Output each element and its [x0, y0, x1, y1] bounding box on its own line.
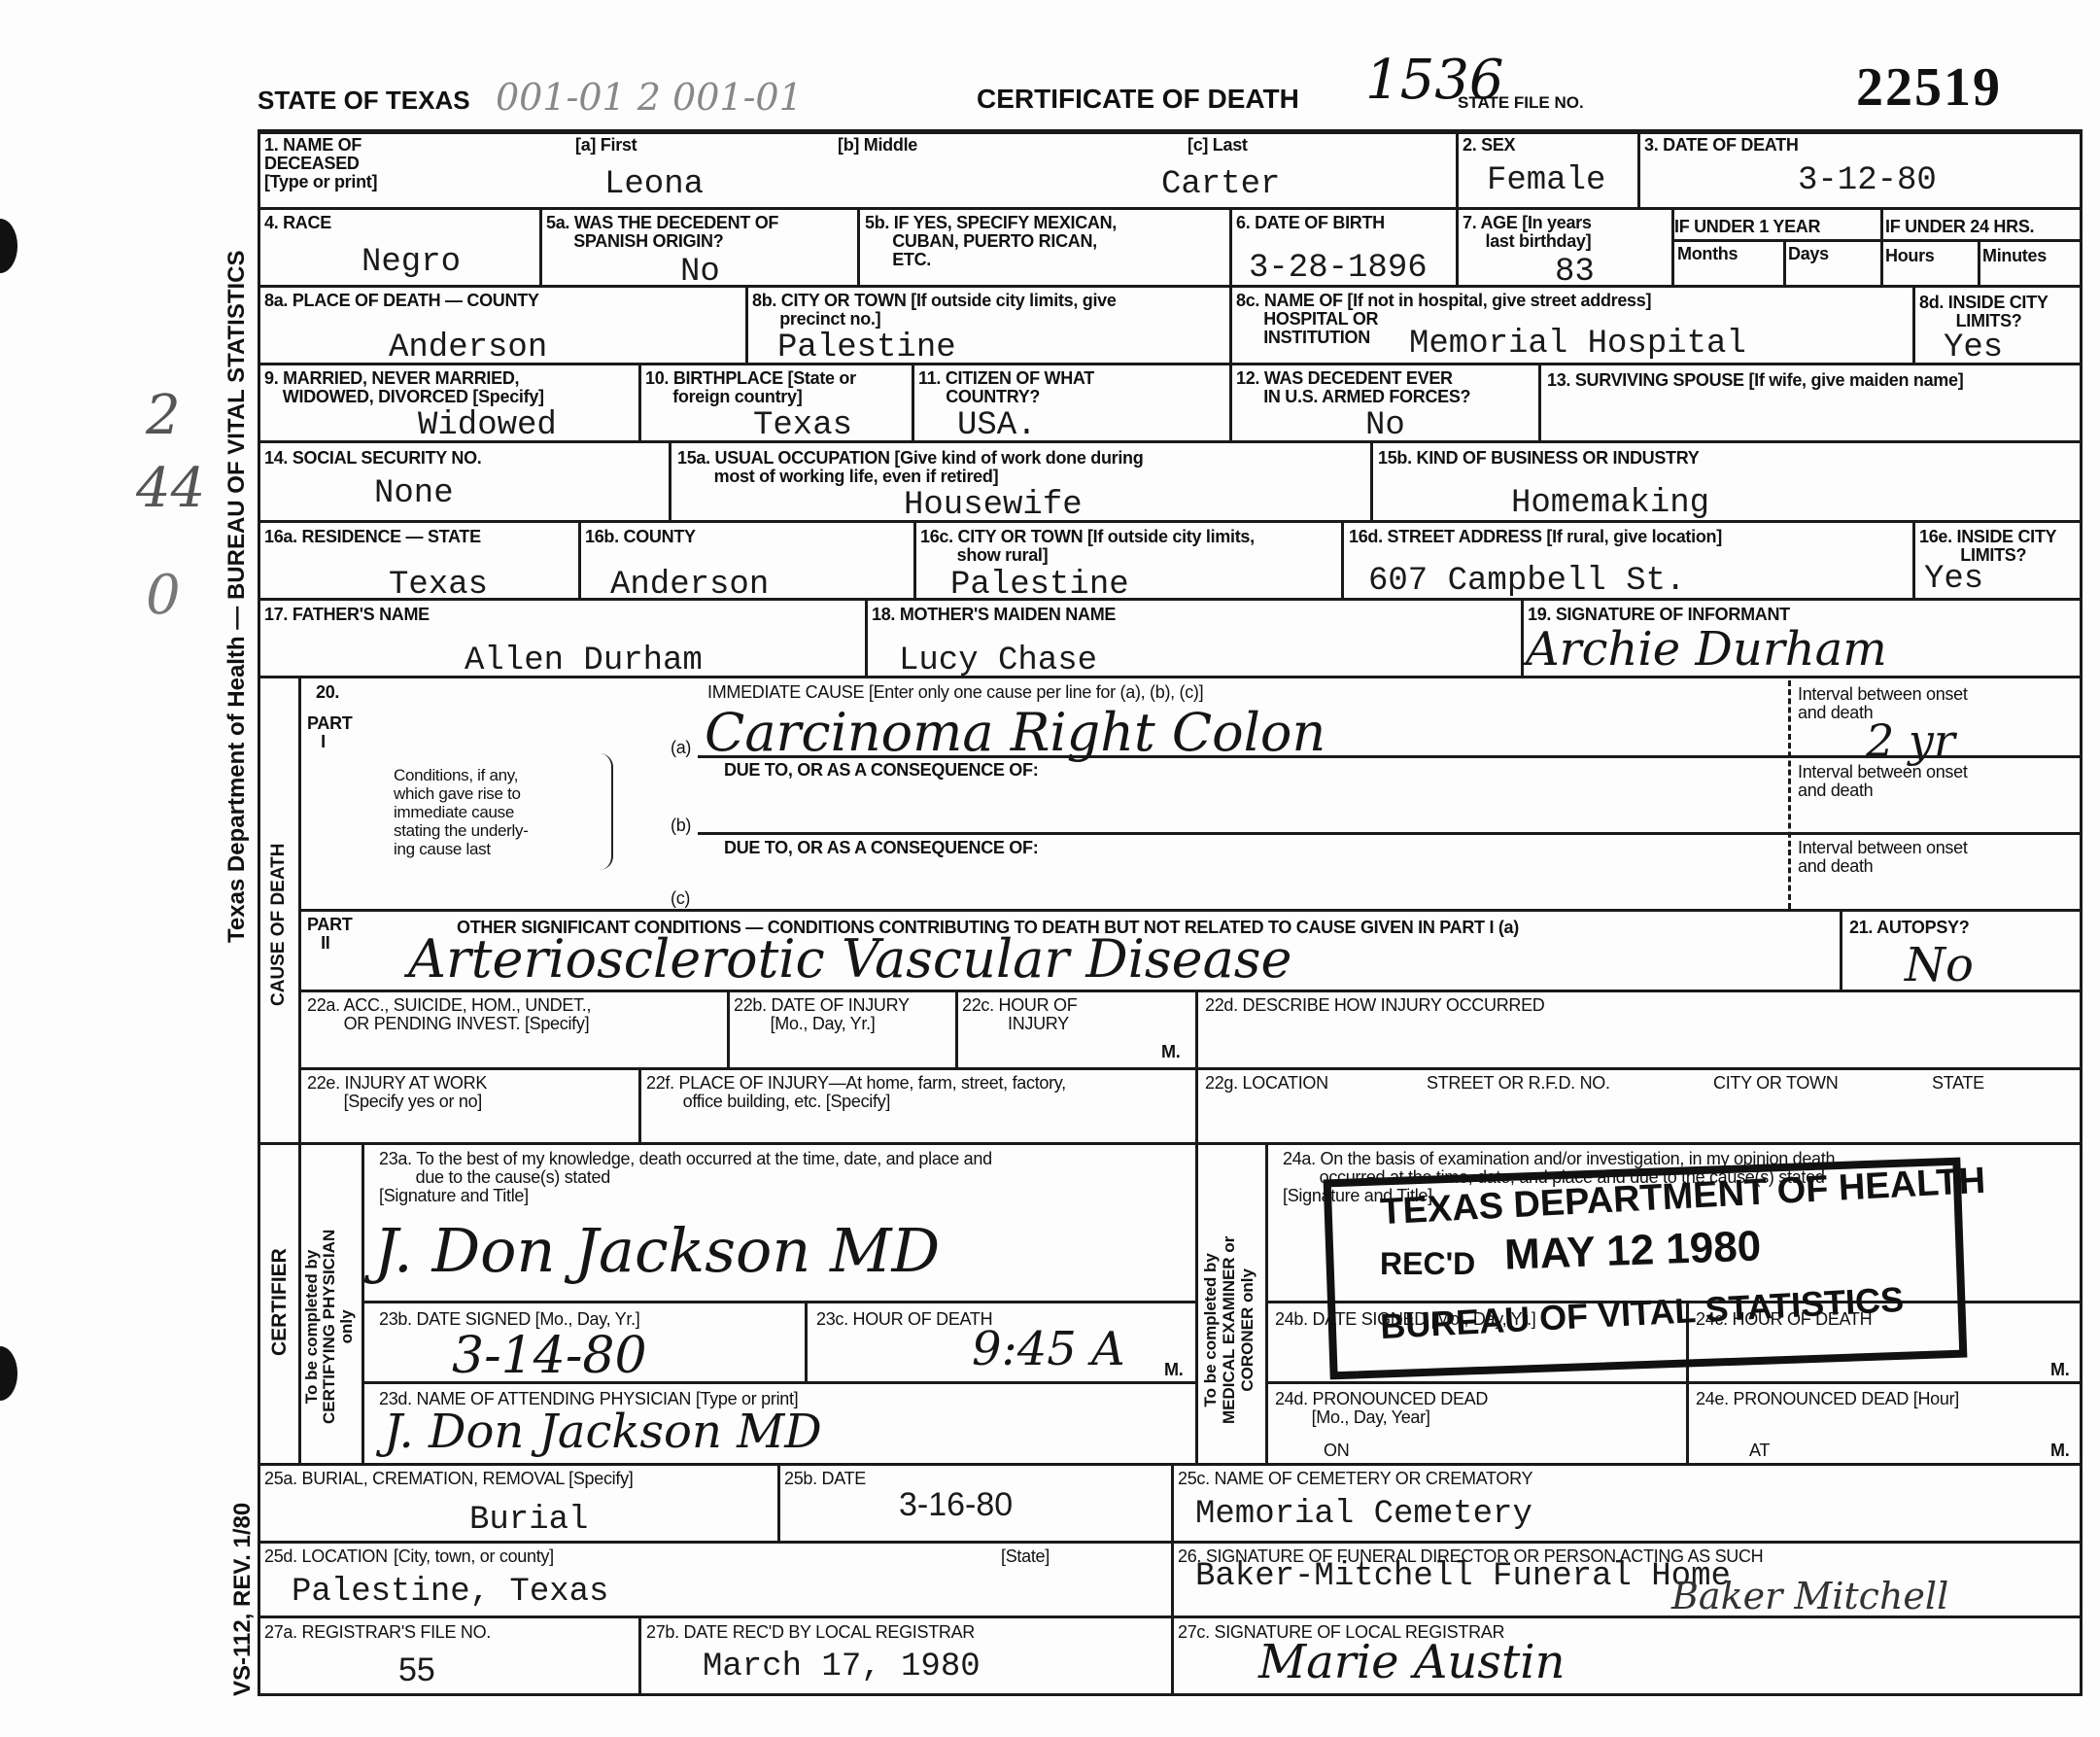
f22g-label: 22g. LOCATION [1205, 1074, 1328, 1093]
date-of-death-value: 3-12-80 [1798, 163, 1937, 198]
f22d-label: 22d. DESCRIBE HOW INJURY OCCURRED [1205, 996, 1545, 1015]
col-divider [638, 1615, 641, 1695]
date-of-birth-value: 3-28-1896 [1249, 251, 1428, 286]
f8b-label: 8b. CITY OR TOWN [If outside city limits… [752, 292, 1117, 329]
f8a-label: 8a. PLACE OF DEATH — COUNTY [264, 292, 539, 310]
f21-label: 21. AUTOPSY? [1849, 919, 1969, 937]
f22c-label: 22c. HOUR OF INJURY [962, 996, 1077, 1033]
certifier-section-label: CERTIFIER [268, 1248, 292, 1356]
row-divider [258, 1463, 2083, 1466]
punch-hole-top [0, 219, 17, 273]
f17-label: 17. FATHER'S NAME [264, 606, 430, 624]
header-state: STATE OF TEXAS [258, 86, 470, 116]
interval-b-label: Interval between onset and death [1798, 763, 1968, 800]
col-divider [1195, 990, 1198, 1142]
f11-label: 11. CITIZEN OF WHAT COUNTRY? [918, 369, 1094, 406]
res-state-value: Texas [389, 568, 488, 603]
marital-status-value: Widowed [418, 408, 557, 443]
f24d-label: 24d. PRONOUNCED DEAD [Mo., Day, Year] [1275, 1390, 1488, 1427]
frame-bottom [258, 1693, 2083, 1696]
under24-hours: Hours [1885, 247, 1935, 265]
f4-label: 4. RACE [264, 214, 331, 232]
conditions-note: Conditions, if any, which gave rise to i… [394, 766, 529, 858]
due-to-b: DUE TO, OR AS A CONSEQUENCE OF: [724, 839, 1038, 857]
under1-days: Days [1788, 245, 1829, 263]
attending-physician-value: J. Don Jackson MD [384, 1405, 822, 1459]
interval-divider [1788, 680, 1791, 909]
registrar-file-no-value: 55 [398, 1652, 435, 1687]
f12-label: 12. WAS DECEDENT EVER IN U.S. ARMED FORC… [1236, 369, 1470, 406]
f27a-label: 27a. REGISTRAR'S FILE NO. [264, 1623, 491, 1642]
f6-label: 6. DATE OF BIRTH [1236, 214, 1385, 232]
section-divider [1195, 1142, 1198, 1463]
funeral-home-value: Baker-Mitchell Funeral Home [1195, 1559, 1731, 1594]
line-c-label: (c) [671, 889, 690, 908]
f22g-street: STREET OR R.F.D. NO. [1427, 1074, 1610, 1093]
col-divider [1229, 207, 1232, 287]
f23a-label: 23a. To the best of my knowledge, death … [379, 1150, 992, 1205]
col-divider [1912, 520, 1915, 600]
col-divider [857, 207, 860, 287]
age-value: 83 [1555, 255, 1595, 290]
agency-side-text: Texas Department of Health — BUREAU OF V… [224, 250, 251, 943]
col-divider [727, 990, 730, 1069]
res-county-value: Anderson [610, 568, 769, 603]
col-divider [1521, 598, 1524, 677]
f16b-label: 16b. COUNTY [585, 528, 696, 546]
col-divider [1456, 207, 1459, 287]
row-divider [298, 909, 2083, 912]
under24-minutes: Minutes [1982, 247, 2047, 265]
f24c-suffix: M. [2050, 1361, 2069, 1379]
hour-of-death-value: 9:45 A [972, 1322, 1125, 1376]
f5a-label: 5a. WAS THE DECEDENT OF SPANISH ORIGIN? [546, 214, 778, 251]
under24-label: IF UNDER 24 HRS. [1885, 218, 2034, 236]
f1b-label: [b] Middle [838, 136, 917, 155]
cause-a-value: Carcinoma Right Colon [705, 702, 1325, 763]
f25d-label: 25d. LOCATION [264, 1547, 388, 1566]
frame-top [258, 129, 2083, 134]
margin-note-3: 0 [146, 564, 181, 627]
col-divider [638, 1067, 641, 1142]
f2-label: 2. SEX [1463, 136, 1515, 155]
col-divider [1637, 129, 1640, 209]
line-b-label: (b) [671, 816, 691, 835]
f16d-label: 16d. STREET ADDRESS [If rural, give loca… [1349, 528, 1722, 546]
row-divider [258, 520, 2083, 523]
f13-label: 13. SURVIVING SPOUSE [If wife, give maid… [1547, 371, 1963, 390]
row-divider [1265, 1381, 2083, 1384]
first-name-value: Leona [604, 167, 704, 202]
interval-b-line [1788, 832, 2083, 835]
part2-label: PART II [307, 916, 352, 953]
punch-hole-bottom [0, 1346, 17, 1401]
conditions-brace [600, 753, 613, 870]
col-divider [913, 520, 916, 600]
f24d-on: ON [1324, 1442, 1349, 1460]
col-divider [1912, 285, 1915, 365]
row-divider [361, 1301, 1195, 1303]
death-county-value: Anderson [389, 330, 547, 365]
citizenship-value: USA. [957, 408, 1037, 443]
res-inside-city-value: Yes [1924, 562, 1983, 597]
col-divider [1229, 363, 1232, 442]
medical-examiner-note: To be completed by MEDICAL EXAMINER or C… [1201, 1236, 1257, 1424]
date-signed-value: 3-14-80 [452, 1327, 647, 1385]
row-divider [258, 598, 2083, 601]
f16c-label: 16c. CITY OR TOWN [If outside city limit… [920, 528, 1255, 565]
col-divider [865, 598, 868, 677]
f7-label: 7. AGE [In years last birthday] [1463, 214, 1592, 251]
f25d-city-label: [City, town, or county] [394, 1547, 554, 1566]
col-divider [578, 520, 581, 600]
col-divider [1229, 285, 1232, 365]
res-city-value: Palestine [950, 568, 1129, 603]
f15a-label: 15a. USUAL OCCUPATION [Give kind of work… [677, 449, 1143, 486]
header-handwritten-code: 001-01 2 001-01 [496, 76, 803, 119]
f24e-at: AT [1749, 1442, 1770, 1460]
f16e-label: 16e. INSIDE CITY LIMITS? [1919, 528, 2056, 565]
under1-label: IF UNDER 1 YEAR [1674, 218, 1820, 236]
physician-signature: J. Don Jackson MD [374, 1215, 940, 1286]
col-divider [669, 440, 671, 522]
f22b-label: 22b. DATE OF INJURY [Mo., Day, Yr.] [734, 996, 910, 1033]
col-divider [1538, 363, 1541, 442]
ssn-value: None [374, 476, 454, 511]
f25d-state-label: [State] [1001, 1547, 1050, 1566]
immediate-cause-label: IMMEDIATE CAUSE [Enter only one cause pe… [707, 683, 1203, 702]
row-divider [258, 1142, 2083, 1145]
sub-divider [1671, 239, 2080, 242]
form-id: VS-112, REV. 1/80 [229, 1503, 257, 1696]
location-value: Palestine, Texas [292, 1575, 608, 1610]
row-divider [258, 207, 2083, 210]
death-inside-city-value: Yes [1944, 330, 2003, 365]
cemetery-value: Memorial Cemetery [1195, 1497, 1532, 1532]
col-divider [1880, 207, 1883, 287]
f1-label: 1. NAME OF DECEASED [Type or print] [264, 136, 377, 191]
f1a-label: [a] First [575, 136, 637, 155]
f1c-label: [c] Last [1188, 136, 1248, 155]
interval-a-line [1788, 755, 2083, 758]
row-divider [298, 990, 2083, 992]
col-divider [777, 1463, 780, 1543]
col-divider [745, 285, 748, 365]
col-divider [1456, 129, 1459, 209]
f22a-label: 22a. ACC., SUICIDE, HOM., UNDET., OR PEN… [307, 996, 591, 1033]
informant-signature: Archie Durham [1526, 622, 1887, 677]
disposition-date-value: 3-16-80 [899, 1487, 1013, 1522]
certifying-physician-note: To be completed by CERTIFYING PHYSICIAN … [303, 1230, 356, 1424]
funeral-director-signature: Baker Mitchell [1671, 1575, 1948, 1617]
death-city-value: Palestine [777, 330, 956, 365]
date-received-value: March 17, 1980 [703, 1650, 981, 1685]
margin-note-1: 2 [146, 384, 181, 447]
sex-value: Female [1487, 163, 1605, 198]
row-divider [298, 1067, 2083, 1070]
f3-label: 3. DATE OF DEATH [1644, 136, 1799, 155]
col-divider [955, 990, 958, 1069]
disposition-method-value: Burial [469, 1503, 588, 1538]
stamp-line-2-prefix: REC'D [1380, 1246, 1475, 1282]
armed-forces-value: No [1365, 408, 1405, 443]
occupation-value: Housewife [904, 488, 1083, 523]
col-divider [1370, 440, 1373, 522]
f24e-suffix: M. [2050, 1442, 2069, 1460]
interval-a-value: 2 yr [1866, 714, 1955, 767]
col-divider [805, 1301, 808, 1383]
col-divider [1783, 241, 1786, 287]
industry-value: Homemaking [1511, 486, 1709, 521]
f22c-suffix: M. [1161, 1043, 1180, 1061]
certificate-title: CERTIFICATE OF DEATH [977, 84, 1299, 115]
state-file-number: 22519 [1856, 56, 2002, 119]
f22e-label: 22e. INJURY AT WORK [Specify yes or no] [307, 1074, 487, 1111]
due-to-a: DUE TO, OR AS A CONSEQUENCE OF: [724, 761, 1038, 780]
res-street-value: 607 Campbell St. [1368, 564, 1685, 599]
col-divider [1171, 1463, 1174, 1693]
cause-section-label: CAUSE OF DEATH [268, 844, 290, 1006]
margin-note-2: 44 [136, 457, 205, 520]
stamp-date: MAY 12 1980 [1503, 1222, 1762, 1279]
f15b-label: 15b. KIND OF BUSINESS OR INDUSTRY [1378, 449, 1699, 468]
col-divider [638, 363, 641, 442]
f27b-label: 27b. DATE REC'D BY LOCAL REGISTRAR [646, 1623, 975, 1642]
state-file-label: STATE FILE NO. [1458, 93, 1584, 113]
col-divider [912, 363, 914, 442]
f24e-label: 24e. PRONOUNCED DEAD [Hour] [1696, 1390, 1959, 1408]
f22f-label: 22f. PLACE OF INJURY—At home, farm, stre… [646, 1074, 1066, 1111]
col-divider [1840, 909, 1842, 991]
birthplace-value: Texas [753, 408, 852, 443]
f20-label: 20. [316, 683, 339, 702]
cause-b-line [698, 832, 1788, 835]
f10-label: 10. BIRTHPLACE [State or foreign country… [645, 369, 856, 406]
line-a-label: (a) [671, 739, 691, 757]
col-divider [1341, 520, 1344, 600]
row-divider [361, 1381, 1195, 1384]
row-divider [258, 1541, 2083, 1544]
mother-name-value: Lucy Chase [899, 643, 1097, 678]
row-divider [258, 1615, 2083, 1618]
f18-label: 18. MOTHER'S MAIDEN NAME [872, 606, 1116, 624]
f25c-label: 25c. NAME OF CEMETERY OR CREMATORY [1178, 1470, 1532, 1488]
race-value: Negro [361, 245, 461, 280]
other-conditions-value: Arteriosclerotic Vascular Disease [408, 928, 1291, 990]
hospital-value: Memorial Hospital [1409, 327, 1746, 362]
f22g-state: STATE [1932, 1074, 1984, 1093]
under1-months: Months [1677, 245, 1738, 263]
f25b-label: 25b. DATE [784, 1470, 866, 1488]
row-divider [258, 285, 2083, 288]
col-divider [539, 207, 542, 287]
col-divider [1978, 241, 1980, 287]
f23c-suffix: M. [1164, 1361, 1183, 1379]
f5b-label: 5b. IF YES, SPECIFY MEXICAN, CUBAN, PUER… [865, 214, 1117, 269]
autopsy-value: No [1905, 938, 1974, 992]
f25a-label: 25a. BURIAL, CREMATION, REMOVAL [Specify… [264, 1470, 633, 1488]
part1-label: PART I [307, 714, 352, 751]
spanish-origin-value: No [680, 255, 720, 290]
f8d-label: 8d. INSIDE CITY LIMITS? [1919, 294, 2048, 330]
f16a-label: 16a. RESIDENCE — STATE [264, 528, 481, 546]
registrar-signature: Marie Austin [1258, 1635, 1566, 1689]
interval-c-label: Interval between onset and death [1798, 839, 1968, 876]
father-name-value: Allen Durham [465, 643, 703, 678]
f22g-city: CITY OR TOWN [1713, 1074, 1838, 1093]
section-divider [298, 1142, 301, 1463]
last-name-value: Carter [1161, 167, 1280, 202]
f9-label: 9. MARRIED, NEVER MARRIED, WIDOWED, DIVO… [264, 369, 544, 406]
f14-label: 14. SOCIAL SECURITY NO. [264, 449, 482, 468]
f23c-label: 23c. HOUR OF DEATH [816, 1310, 992, 1329]
